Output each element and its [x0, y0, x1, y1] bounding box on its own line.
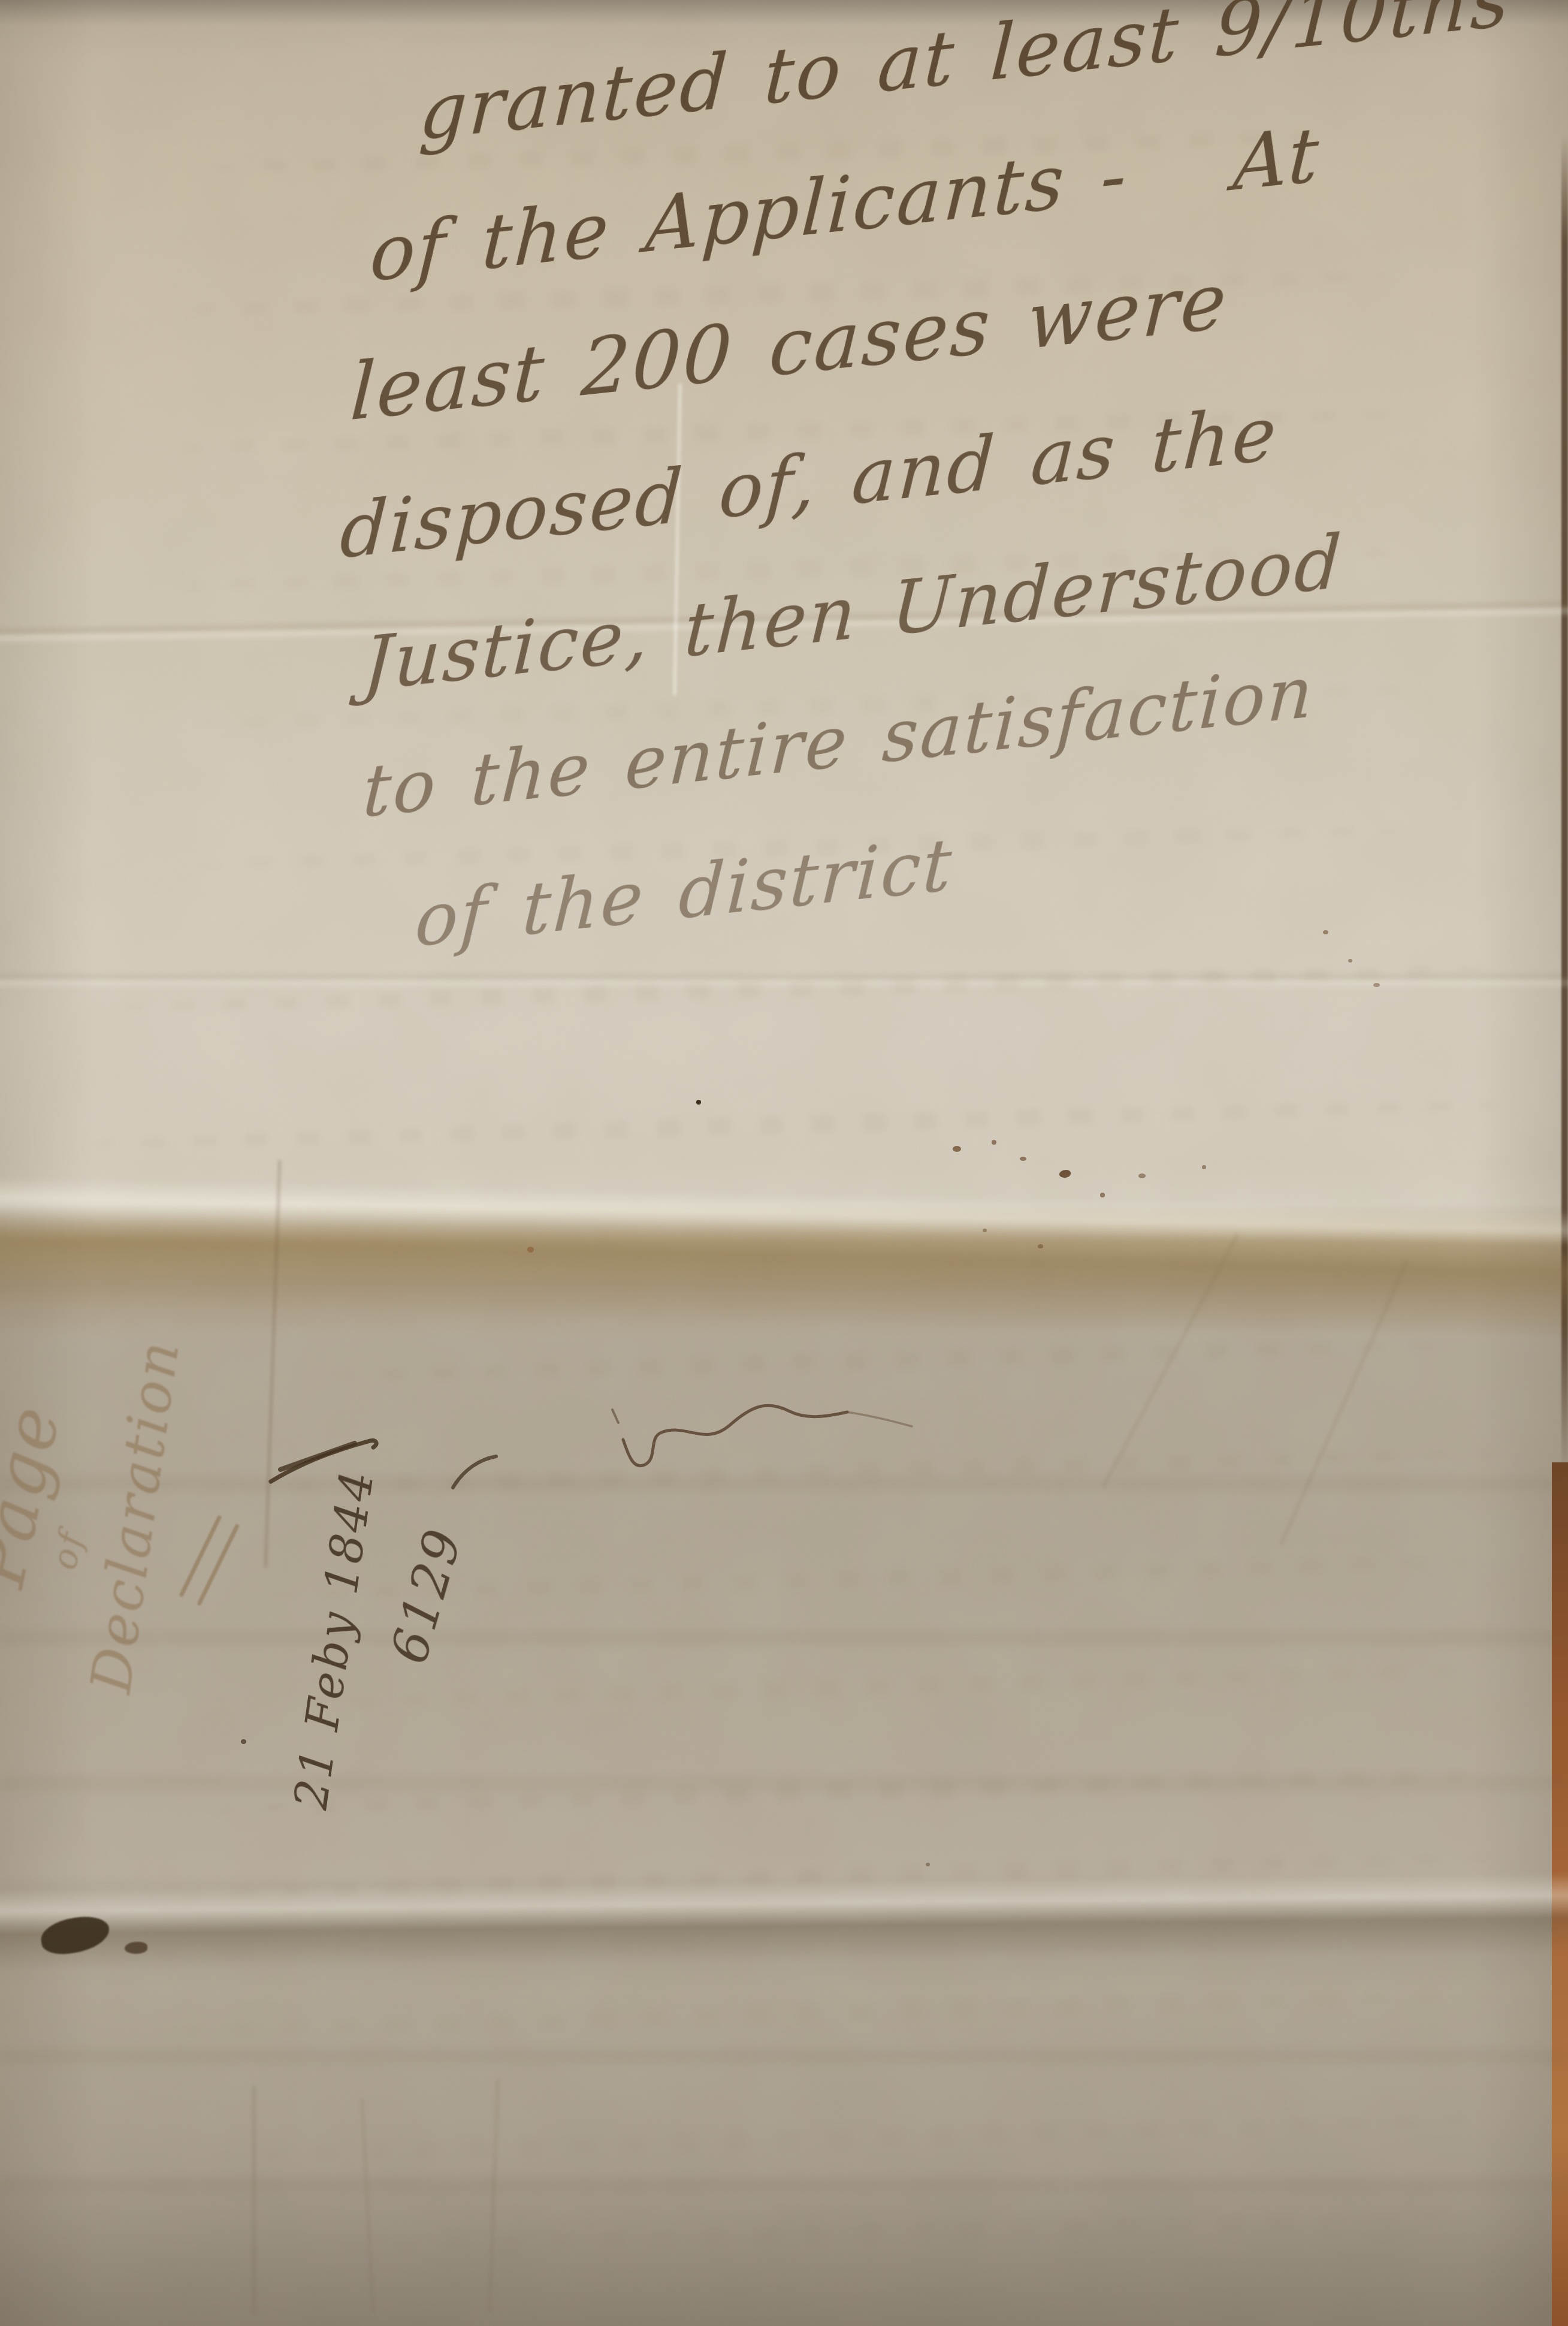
bleedthrough-row: [180, 1848, 1498, 1902]
ink-speck: [926, 1863, 930, 1866]
docket-equals-mark: [179, 1515, 243, 1608]
docket-label-declaration: Declaration: [83, 1337, 188, 1697]
faint-fold-band: [0, 2044, 1568, 2069]
dark-stain-small: [125, 1942, 147, 1954]
ink-speck: [1348, 959, 1352, 963]
faint-fold-band: [0, 1771, 1568, 1796]
docket-label-of: of: [46, 1526, 90, 1573]
faint-fold-band: [0, 1625, 1568, 1651]
manuscript-line-1: granted to at least 9/10ths: [418, 0, 1513, 152]
ink-speck: [1138, 1173, 1146, 1178]
bleedthrough-row: [180, 1986, 1498, 2040]
manuscript-line-3: least 200 cases were: [349, 262, 1230, 432]
bleedthrough-row: [210, 2113, 1468, 2165]
bottom-edge-shadow: [0, 2170, 1568, 2326]
diagonal-streak: [1101, 1232, 1240, 1488]
bleedthrough-row: [240, 1445, 1498, 1497]
vertical-crease: [264, 1160, 282, 1567]
ink-speck: [1373, 983, 1380, 987]
vertical-streak-bottom: [360, 2098, 376, 2313]
ink-speck: [1100, 1193, 1105, 1197]
ink-speck: [953, 1146, 961, 1152]
bleedthrough-row: [120, 961, 1498, 1016]
ink-blot: [1059, 1170, 1071, 1178]
docket-number: 6129: [383, 1522, 470, 1669]
manuscript-photo: granted to at least 9/10ths of the Appli…: [0, 0, 1568, 2326]
faint-fold-band: [0, 1471, 1568, 1497]
fold-crease-lower: [0, 1872, 1568, 1970]
bleedthrough-row: [90, 1096, 1498, 1153]
faint-fold-band: [0, 2173, 1568, 2198]
paper-right-edge: [1561, 135, 1568, 1477]
ink-speck: [1202, 1165, 1206, 1169]
bleedthrough-row: [210, 1765, 1498, 1818]
table-wood-strip: [1552, 1462, 1568, 2326]
vertical-streak-bottom: [252, 2086, 256, 2313]
bleedthrough-row: [330, 1335, 1468, 1384]
ink-speck: [983, 1229, 987, 1232]
ink-speck: [992, 1140, 996, 1145]
docket-date: 21 Feby 1844: [288, 1467, 381, 1812]
manuscript-line-7: of the district: [413, 829, 955, 958]
rust-spot: [527, 1247, 534, 1253]
fold-crease-major: [0, 1177, 1568, 1340]
ink-speck: [241, 1739, 246, 1744]
bleedthrough-row: [300, 1662, 1468, 1711]
fold-crease-upper-2: [0, 971, 1568, 989]
ink-speck: [1323, 930, 1328, 934]
diagonal-streak: [1279, 1259, 1410, 1546]
ink-speck: [1038, 1244, 1043, 1248]
ink-speck: [1020, 1157, 1026, 1161]
bleedthrough-row: [240, 2210, 1438, 2260]
vertical-streak-bottom: [487, 2080, 500, 2313]
dark-stain-blob: [39, 1913, 112, 1957]
ink-speck: [696, 1100, 701, 1105]
